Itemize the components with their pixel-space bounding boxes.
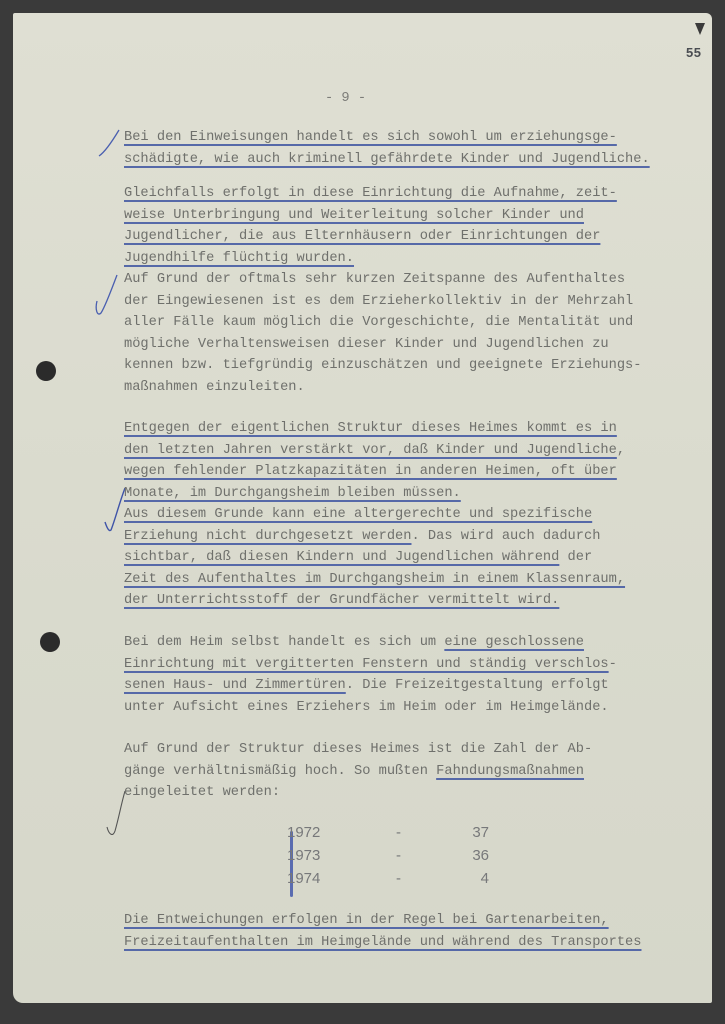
text-line: den letzten Jahren verstärkt vor, daß Ki… xyxy=(124,443,625,459)
text-segment: Bei dem Heim selbst handelt es sich um xyxy=(124,635,444,650)
text-segment: eingeleitet werden: xyxy=(124,785,280,800)
text-segment: . Die Freizeitgestaltung erfolgt xyxy=(346,678,609,693)
underlined-text: Monate, im Durchgangsheim bleiben müssen… xyxy=(124,486,461,501)
text-line: wegen fehlender Platzkapazitäten in ande… xyxy=(124,464,617,480)
text-line: Erziehung nicht durchgesetzt werden. Das… xyxy=(124,529,600,545)
table-cell-year: 1973 xyxy=(287,847,320,864)
text-segment: aller Fälle kaum möglich die Vorgeschich… xyxy=(124,315,633,330)
text-segment: , xyxy=(617,443,625,458)
text-segment: gänge verhältnismäßig hoch. So mußten xyxy=(124,764,436,779)
underlined-text: Die Entweichungen erfolgen in der Regel … xyxy=(124,913,609,928)
text-line: Entgegen der eigentlichen Struktur diese… xyxy=(124,421,617,437)
table-cell-count: 4 xyxy=(481,870,489,887)
underlined-text: Jugendhilfe flüchtig wurden. xyxy=(124,251,354,266)
table-cell-dash: - xyxy=(396,824,401,841)
punch-hole-icon xyxy=(40,632,60,652)
underlined-text: den letzten Jahren verstärkt vor, daß Ki… xyxy=(124,443,617,458)
check-mark-icon xyxy=(97,126,119,160)
text-line: kennen bzw. tiefgründig einzuschätzen un… xyxy=(124,358,641,374)
underlined-text: Freizeitaufenthalten im Heimgelände und … xyxy=(124,935,641,950)
text-line: Auf Grund der oftmals sehr kurzen Zeitsp… xyxy=(124,272,625,288)
page-notch xyxy=(695,23,705,35)
text-line: Die Entweichungen erfolgen in der Regel … xyxy=(124,913,609,929)
text-line: eingeleitet werden: xyxy=(124,785,280,801)
underlined-text: sichtbar, daß diesen Kindern und Jugendl… xyxy=(124,550,559,565)
table-cell-year: 1972 xyxy=(287,824,320,841)
table-cell-count: 37 xyxy=(472,824,489,841)
text-segment: Auf Grund der Struktur dieses Heimes ist… xyxy=(124,742,592,757)
text-segment: maßnahmen einzuleiten. xyxy=(124,380,305,395)
underlined-text: Einrichtung mit vergitterten Fenstern un… xyxy=(124,657,609,672)
underlined-text: Zeit des Aufenthaltes im Durchgangsheim … xyxy=(124,572,625,587)
table-cell-count: 36 xyxy=(472,847,489,864)
underlined-text: Fahndungsmaßnahmen xyxy=(436,764,584,779)
text-line: weise Unterbringung und Weiterleitung so… xyxy=(124,208,584,224)
text-line: aller Fälle kaum möglich die Vorgeschich… xyxy=(124,315,633,331)
text-line: der Eingewiesenen ist es dem Erzieherkol… xyxy=(124,294,633,310)
underlined-text: Gleichfalls erfolgt in diese Einrichtung… xyxy=(124,186,617,201)
page-number: - 9 - xyxy=(325,91,366,106)
underlined-text: wegen fehlender Platzkapazitäten in ande… xyxy=(124,464,617,479)
underlined-text: Entgegen der eigentlichen Struktur diese… xyxy=(124,421,617,436)
text-line: Einrichtung mit vergitterten Fenstern un… xyxy=(124,657,617,673)
text-line: Gleichfalls erfolgt in diese Einrichtung… xyxy=(124,186,617,202)
text-segment: mögliche Verhaltensweisen dieser Kinder … xyxy=(124,337,609,352)
punch-hole-icon xyxy=(36,361,56,381)
text-segment: unter Aufsicht eines Erziehers im Heim o… xyxy=(124,700,609,715)
text-segment: - xyxy=(609,657,617,672)
text-segment: der Eingewiesenen ist es dem Erzieherkol… xyxy=(124,294,633,309)
check-mark-icon xyxy=(95,271,117,305)
text-line: Jugendlicher, die aus Elternhäusern oder… xyxy=(124,229,600,245)
underlined-text: schädigte, wie auch kriminell gefährdete… xyxy=(124,152,650,167)
text-line: Freizeitaufenthalten im Heimgelände und … xyxy=(124,935,641,951)
underlined-text: Aus diesem Grunde kann eine altergerecht… xyxy=(124,507,592,522)
underlined-text: Jugendlicher, die aus Elternhäusern oder… xyxy=(124,229,600,244)
table-cell-year: 1974 xyxy=(287,870,320,887)
table-cell-dash: - xyxy=(396,870,401,887)
underlined-text: der Unterrichtsstoff der Grundfächer ver… xyxy=(124,593,559,608)
text-line: mögliche Verhaltensweisen dieser Kinder … xyxy=(124,337,609,353)
text-segment: . Das wird auch dadurch xyxy=(411,529,600,544)
text-line: Auf Grund der Struktur dieses Heimes ist… xyxy=(124,742,592,758)
text-line: Bei den Einweisungen handelt es sich sow… xyxy=(124,130,617,146)
underlined-text: weise Unterbringung und Weiterleitung so… xyxy=(124,208,584,223)
text-line: Bei dem Heim selbst handelt es sich um e… xyxy=(124,635,584,651)
underlined-text: Erziehung nicht durchgesetzt werden xyxy=(124,529,411,544)
text-line: sichtbar, daß diesen Kindern und Jugendl… xyxy=(124,550,592,566)
table-cell-dash: - xyxy=(396,847,401,864)
underlined-text: senen Haus- und Zimmertüren xyxy=(124,678,346,693)
text-segment: kennen bzw. tiefgründig einzuschätzen un… xyxy=(124,358,641,373)
text-line: senen Haus- und Zimmertüren. Die Freizei… xyxy=(124,678,609,694)
text-line: Monate, im Durchgangsheim bleiben müssen… xyxy=(124,486,461,502)
text-line: gänge verhältnismäßig hoch. So mußten Fa… xyxy=(124,764,584,780)
text-line: schädigte, wie auch kriminell gefährdete… xyxy=(124,152,650,168)
text-line: der Unterrichtsstoff der Grundfächer ver… xyxy=(124,593,559,609)
text-line: unter Aufsicht eines Erziehers im Heim o… xyxy=(124,700,609,716)
text-segment: Auf Grund der oftmals sehr kurzen Zeitsp… xyxy=(124,272,625,287)
text-line: maßnahmen einzuleiten. xyxy=(124,380,305,396)
underlined-text: Bei den Einweisungen handelt es sich sow… xyxy=(124,130,617,145)
text-segment: der xyxy=(559,550,592,565)
underlined-text: eine geschlossene xyxy=(444,635,584,650)
text-line: Zeit des Aufenthaltes im Durchgangsheim … xyxy=(124,572,625,588)
text-line: Jugendhilfe flüchtig wurden. xyxy=(124,251,354,267)
text-line: Aus diesem Grunde kann eine altergerecht… xyxy=(124,507,592,523)
document-page: 55 - 9 - Bei den Einweisungen handelt es… xyxy=(13,13,712,1003)
folio-number: 55 xyxy=(686,45,701,60)
check-mark-icon xyxy=(103,486,125,520)
